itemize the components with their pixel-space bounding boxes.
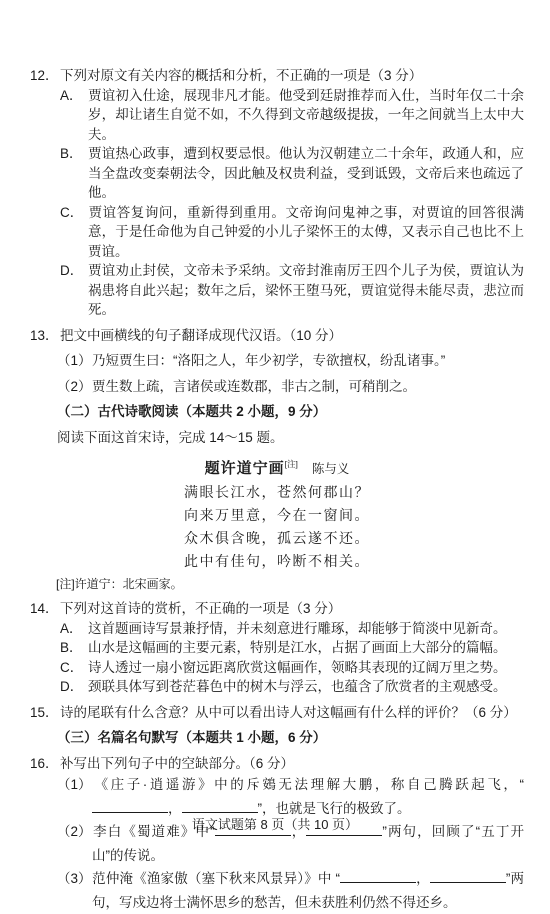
- question-16-item-3: （3）范仲淹《渔家傲（塞下秋来风景异）》中 “，”两句，写戍边将士满怀思乡的愁苦…: [57, 867, 524, 914]
- section-2-intro: 阅读下面这首宋诗，完成 14～15 题。: [57, 428, 524, 448]
- question-number: 16．: [30, 754, 60, 774]
- item-text: 贾生数上疏，言诸侯或连数郡，非古之制，可稍削之。: [92, 379, 416, 394]
- option-text: 贾谊热心政事，遭到权要忌恨。他认为汉朝建立二十余年，政通人和，应当全盘改变秦朝法…: [88, 146, 524, 200]
- option-label: A．: [60, 619, 88, 639]
- poem-title: 题许道宁画: [205, 460, 285, 477]
- question-12-option-b: B．贾谊热心政事，遭到权要忌恨。他认为汉朝建立二十余年，政通人和，应当全盘改变秦…: [60, 144, 524, 203]
- item-label: （1）: [57, 351, 92, 371]
- question-text: 下列对这首诗的赏析，不正确的一项是（3 分）: [60, 601, 341, 616]
- option-text: 贾谊劝止封侯，文帝未予采纳。文帝封淮南厉王四个儿子为侯，贾谊认为祸患将自此兴起；…: [88, 263, 524, 317]
- question-13-item-2: （2）贾生数上疏，言诸侯或连数郡，非古之制，可稍削之。: [57, 377, 524, 397]
- option-label: A．: [60, 86, 88, 106]
- item-text: ”，也就是飞行的极致了。: [258, 801, 411, 816]
- option-text: 颈联具体写到苍茫暮色中的树木与浮云，也蕴含了欣赏者的主观感受。: [88, 679, 507, 694]
- item-text: ，: [416, 871, 430, 886]
- answer-blank: [182, 799, 258, 813]
- item-label: （1）: [57, 773, 92, 797]
- option-label: D．: [60, 677, 88, 697]
- section-2-heading: （二）古代诗歌阅读（本题共 2 小题，9 分）: [57, 402, 524, 422]
- question-16-item-1: （1）《庄子·逍遥游》中的斥鴳无法理解大鹏，称自己腾跃起飞，“，”，也就是飞行的…: [57, 773, 524, 820]
- item-text: 乃短贾生曰：“洛阳之人，年少初学，专欲擅权，纷乱诸事。”: [92, 353, 445, 368]
- poem-author: 陈与义: [312, 462, 350, 476]
- option-text: 贾谊初入仕途，展现非凡才能。他受到廷尉推荐而入仕，当时年仅二十余岁，却让诸生自觉…: [88, 88, 524, 142]
- option-text: 山水是这幅画的主要元素，特别是江水，占据了画面上大部分的篇幅。: [88, 640, 507, 655]
- question-12-option-d: D．贾谊劝止封侯，文帝未予采纳。文帝封淮南厉王四个儿子为侯，贾谊认为祸患将自此兴…: [60, 261, 524, 320]
- option-text: 诗人透过一扇小窗远距离欣赏这幅画作，领略其表现的辽阔万里之势。: [88, 660, 507, 675]
- question-number: 13．: [30, 326, 60, 346]
- question-text: 补写出下列句子中的空缺部分。（6 分）: [60, 756, 294, 771]
- question-text: 下列对原文有关内容的概括和分析，不正确的一项是（3 分）: [60, 68, 422, 83]
- question-text: 把文中画横线的句子翻译成现代汉语。（10 分）: [60, 328, 342, 343]
- option-label: C．: [60, 203, 88, 223]
- poem-note-marker: [注]: [285, 459, 298, 469]
- section-3-heading: （三）名篇名句默写（本题共 1 小题，6 分）: [57, 728, 524, 748]
- question-text: 诗的尾联有什么含意？从中可以看出诗人对这幅画有什么样的评价？（6 分）: [60, 705, 517, 720]
- answer-blank: [430, 869, 506, 883]
- question-14-option-a: A．这首题画诗写景兼抒情，并未刻意进行雕琢，却能够于简淡中见新奇。: [60, 619, 524, 639]
- option-text: 贾谊答复询问，重新得到重用。文帝询问鬼神之事，对贾谊的回答很满意，于是任命他为自…: [88, 205, 524, 259]
- item-text: 《庄子·逍遥游》中的斥鴳无法理解大鹏，称自己腾跃起飞，“: [92, 777, 524, 792]
- poem-footnote: [注]许道宁：北宋画家。: [56, 576, 524, 593]
- poem-line: 向来万里意，今在一窗间。: [30, 504, 524, 527]
- question-12-option-c: C．贾谊答复询问，重新得到重用。文帝询问鬼神之事，对贾谊的回答很满意，于是任命他…: [60, 203, 524, 262]
- exam-page: 12．下列对原文有关内容的概括和分析，不正确的一项是（3 分） A．贾谊初入仕途…: [0, 0, 550, 894]
- poem-line: 众木俱含晚，孤云遂不还。: [30, 527, 524, 550]
- option-label: B．: [60, 638, 88, 658]
- question-13-stem: 13．把文中画横线的句子翻译成现代汉语。（10 分）: [30, 326, 524, 346]
- item-label: （2）: [57, 377, 92, 397]
- option-label: B．: [60, 144, 88, 164]
- question-14-stem: 14．下列对这首诗的赏析，不正确的一项是（3 分）: [30, 599, 524, 619]
- page-footer: 语文试题第 8 页（共 10 页）: [0, 815, 550, 835]
- poem-title-line: 题许道宁画[注]陈与义: [30, 452, 524, 481]
- poem-line: 此中有佳句，吟断不相关。: [30, 550, 524, 573]
- question-16-stem: 16．补写出下列句子中的空缺部分。（6 分）: [30, 754, 524, 774]
- option-label: C．: [60, 658, 88, 678]
- question-13-item-1: （1）乃短贾生曰：“洛阳之人，年少初学，专欲擅权，纷乱诸事。”: [57, 351, 524, 371]
- question-number: 15．: [30, 703, 60, 723]
- question-12-option-a: A．贾谊初入仕途，展现非凡才能。他受到廷尉推荐而入仕，当时年仅二十余岁，却让诸生…: [60, 86, 524, 145]
- question-number: 14．: [30, 599, 60, 619]
- item-text: 范仲淹《渔家傲（塞下秋来风景异）》中 “: [92, 871, 340, 886]
- question-14-option-b: B．山水是这幅画的主要元素，特别是江水，占据了画面上大部分的篇幅。: [60, 638, 524, 658]
- poem: 题许道宁画[注]陈与义 满眼长江水，苍然何郡山？ 向来万里意，今在一窗间。 众木…: [30, 452, 524, 573]
- poem-line: 满眼长江水，苍然何郡山？: [30, 481, 524, 504]
- question-12-stem: 12．下列对原文有关内容的概括和分析，不正确的一项是（3 分）: [30, 66, 524, 86]
- option-label: D．: [60, 261, 88, 281]
- answer-blank: [340, 869, 416, 883]
- question-15-stem: 15．诗的尾联有什么含意？从中可以看出诗人对这幅画有什么样的评价？（6 分）: [30, 703, 524, 723]
- item-label: （3）: [57, 867, 92, 891]
- option-text: 这首题画诗写景兼抒情，并未刻意进行雕琢，却能够于简淡中见新奇。: [88, 621, 507, 636]
- question-14-option-c: C．诗人透过一扇小窗远距离欣赏这幅画作，领略其表现的辽阔万里之势。: [60, 658, 524, 678]
- question-14-option-d: D．颈联具体写到苍茫暮色中的树木与浮云，也蕴含了欣赏者的主观感受。: [60, 677, 524, 697]
- answer-blank: [92, 799, 168, 813]
- question-number: 12．: [30, 66, 60, 86]
- item-text: ，: [168, 801, 182, 816]
